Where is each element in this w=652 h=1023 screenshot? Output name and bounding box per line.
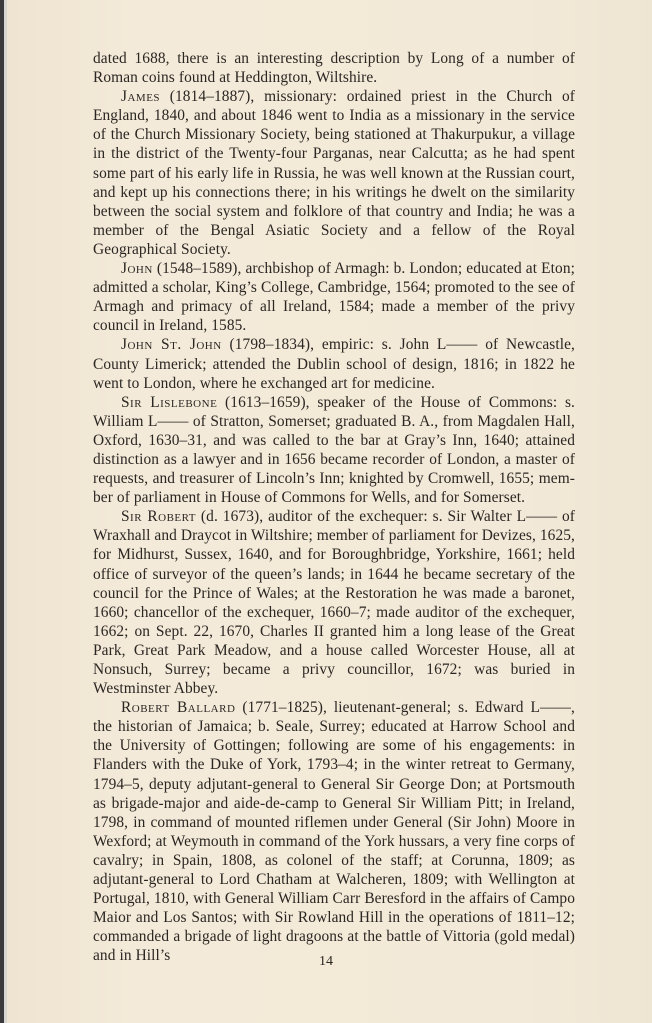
- entry-heading: John: [121, 260, 153, 277]
- entry-body: (d. 1673), auditor of the exchequer: s. …: [93, 508, 575, 697]
- entry-sir-robert: Sir Robert (d. 1673), auditor of the exc…: [93, 507, 575, 698]
- page-body-text: dated 1688, there is an interesting desc…: [93, 49, 575, 966]
- entry-robert-ballard: Robert Ballard (1771–1825), lieutenant-g…: [93, 698, 575, 965]
- entry-sir-lislebone: Sir Lislebone (1613–1659), speaker of th…: [93, 393, 575, 508]
- entry-james: James (1814–1887), missionary: ordained …: [93, 87, 575, 259]
- entry-body: (1548–1589), archbishop of Armagh: b. Lo…: [93, 260, 575, 334]
- entry-heading: James: [121, 88, 160, 105]
- entry-heading: Robert Ballard: [121, 699, 235, 716]
- entry-body: dated 1688, there is an interesting desc…: [93, 50, 575, 86]
- entry-body: (1814–1887), missionary: ordained priest…: [93, 88, 575, 258]
- entry-body: (1771–1825), lieutenant-general; s. Edwa…: [93, 699, 575, 964]
- entry-continuation: dated 1688, there is an interesting desc…: [93, 49, 575, 87]
- entry-john-st-john: John St. John (1798–1834), empiric: s. J…: [93, 335, 575, 392]
- entry-heading: Sir Lislebone: [121, 394, 217, 411]
- book-page: dated 1688, there is an interesting desc…: [7, 0, 652, 1023]
- page-number: 14: [0, 954, 652, 970]
- entry-heading: John St. John: [121, 336, 222, 353]
- entry-john: John (1548–1589), archbishop of Armagh: …: [93, 259, 575, 335]
- entry-heading: Sir Robert: [121, 508, 196, 525]
